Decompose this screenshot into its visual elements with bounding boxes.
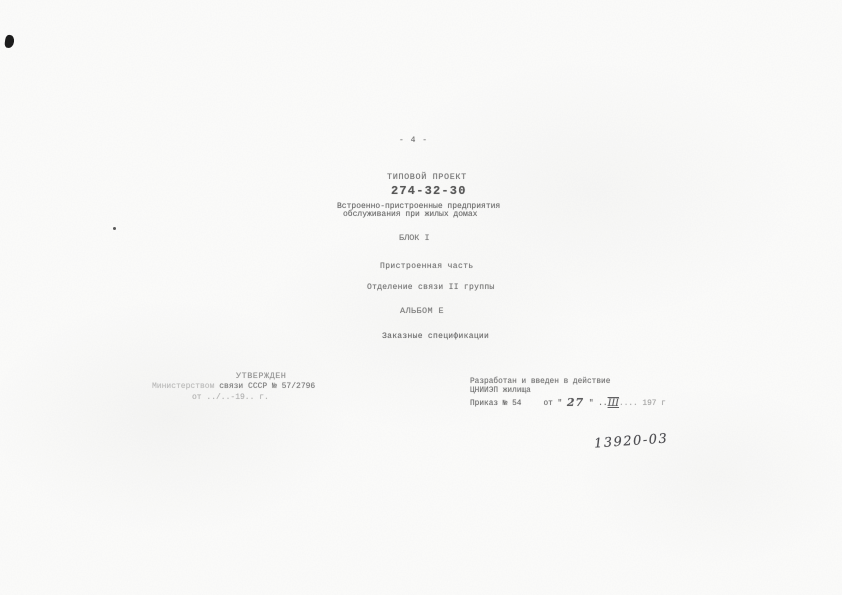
order-date-prefix: от " <box>543 400 566 408</box>
department-label: Отделение связи II группы <box>367 284 495 292</box>
album-contents-label: Заказные спецификации <box>382 333 489 341</box>
developed-by-line: Разработан и введен в действие <box>470 379 610 387</box>
handwritten-month: Ш <box>608 398 619 409</box>
order-line: Приказ № 54от " 27 " ..Ш.... 197 г <box>470 397 666 409</box>
approval-authority-faded: Министерством <box>152 382 219 391</box>
scanned-document-page: - 4 - ТИПОВОЙ ПРОЕКТ 274-32-30 Встроенно… <box>0 0 842 595</box>
handwritten-archive-number: 13920-03 <box>594 432 669 450</box>
order-label: Приказ № 54 <box>470 400 521 408</box>
block-label: БЛОК I <box>399 234 430 243</box>
handwritten-day: 27 <box>567 396 584 409</box>
approval-stamp-heading: УТВЕРЖДЕН <box>236 372 286 381</box>
page-number: - 4 - <box>399 137 428 145</box>
project-title-line2: обслуживания при жилых домах <box>343 211 477 219</box>
approval-date-line: от ../..-19.. г. <box>192 394 269 402</box>
approval-authority-line: Министерством связи СССР № 57/2796 <box>152 383 315 391</box>
ink-blot <box>4 34 15 48</box>
approval-authority-main: связи СССР № 57/2796 <box>219 382 315 391</box>
institute-name: ЦНИИЭП жилища <box>470 388 531 396</box>
paper-grain-texture <box>0 0 842 595</box>
ink-speck <box>113 227 116 230</box>
album-label: АЛЬБОМ Е <box>400 307 444 316</box>
order-date-mid: " .. <box>584 400 607 408</box>
part-label: Пристроенная часть <box>380 263 474 271</box>
order-date-suffix: .... 197 г <box>619 400 666 408</box>
document-type-heading: ТИПОВОЙ ПРОЕКТ <box>387 173 467 182</box>
project-number: 274-32-30 <box>391 185 467 197</box>
